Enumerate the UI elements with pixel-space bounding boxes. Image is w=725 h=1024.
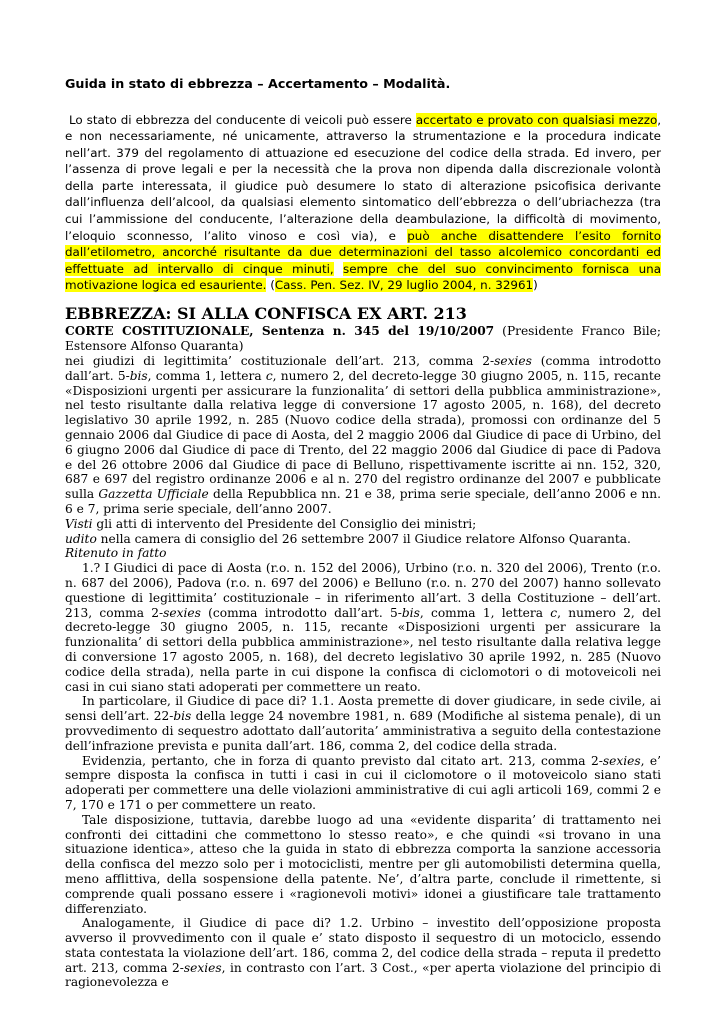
document-page: Guida in stato di ebbrezza – Accertament… xyxy=(0,0,725,1024)
text-segment: nei giudizi di legittimita’ costituziona… xyxy=(65,354,494,368)
text-segment: CORTE COSTITUZIONALE, Sentenza n. 345 de… xyxy=(65,324,494,338)
highlighted-text: Cass. Pen. Sez. IV, 29 luglio 2004, n. 3… xyxy=(275,278,533,292)
text-segment: , comma 1, lettera xyxy=(420,606,550,620)
text-segment: nella camera di consiglio del 26 settemb… xyxy=(97,532,631,546)
document-title: Guida in stato di ebbrezza – Accertament… xyxy=(65,76,661,93)
text-segment: Visti xyxy=(65,517,93,531)
paragraph: 1.? I Giudici di pace di Aosta (r.o. n. … xyxy=(65,561,661,694)
text-segment: ) xyxy=(533,278,538,292)
text-segment: bis xyxy=(402,606,420,620)
section-heading: EBBREZZA: SI ALLA CONFISCA EX ART. 213 xyxy=(65,305,661,323)
paragraph: In particolare, il Giudice di pace di? 1… xyxy=(65,694,661,753)
text-segment: (comma introdotto dall’art. 5- xyxy=(201,606,402,620)
text-segment: Gazzetta Ufficiale xyxy=(98,487,208,501)
text-segment: , e non necessariamente, né unicamente, … xyxy=(65,113,661,243)
text-segment: sexies xyxy=(163,606,201,620)
text-segment: sexies xyxy=(494,354,532,368)
text-segment: Evidenzia, pertanto, che in forza di qua… xyxy=(82,754,603,768)
text-segment: ( xyxy=(266,278,274,292)
text-segment: sexies xyxy=(184,961,222,975)
paragraph: Tale disposizione, tuttavia, darebbe luo… xyxy=(65,813,661,917)
text-segment: bis xyxy=(173,709,191,723)
text-segment: sexies xyxy=(603,754,641,768)
text-segment: Tale disposizione, tuttavia, darebbe luo… xyxy=(65,813,661,916)
paragraph: CORTE COSTITUZIONALE, Sentenza n. 345 de… xyxy=(65,324,661,354)
paragraph: Ritenuto in fatto xyxy=(65,546,661,561)
section-body: CORTE COSTITUZIONALE, Sentenza n. 345 de… xyxy=(65,324,661,990)
text-segment: bis xyxy=(130,369,148,383)
text-segment: Ritenuto in fatto xyxy=(65,546,167,560)
text-segment: udito xyxy=(65,532,97,546)
paragraph: Visti gli atti di intervento del Preside… xyxy=(65,517,661,532)
paragraph: udito nella camera di consiglio del 26 s… xyxy=(65,532,661,547)
intro-paragraph: Lo stato di ebbrezza del conducente di v… xyxy=(65,112,661,295)
text-segment: Lo stato di ebbrezza del conducente di v… xyxy=(69,113,416,127)
highlighted-text: accertato e provato con qualsiasi mezzo xyxy=(416,113,657,127)
paragraph: Analogamente, il Giudice di pace di? 1.2… xyxy=(65,916,661,990)
paragraph: Evidenzia, pertanto, che in forza di qua… xyxy=(65,754,661,813)
paragraph: nei giudizi di legittimita’ costituziona… xyxy=(65,354,661,517)
text-segment: gli atti di intervento del Presidente de… xyxy=(93,517,477,531)
text-segment xyxy=(334,262,343,276)
text-segment: c xyxy=(266,369,273,383)
text-segment: , numero 2, del decreto-legge 30 giugno … xyxy=(65,369,661,501)
text-segment: , comma 1, lettera xyxy=(148,369,266,383)
